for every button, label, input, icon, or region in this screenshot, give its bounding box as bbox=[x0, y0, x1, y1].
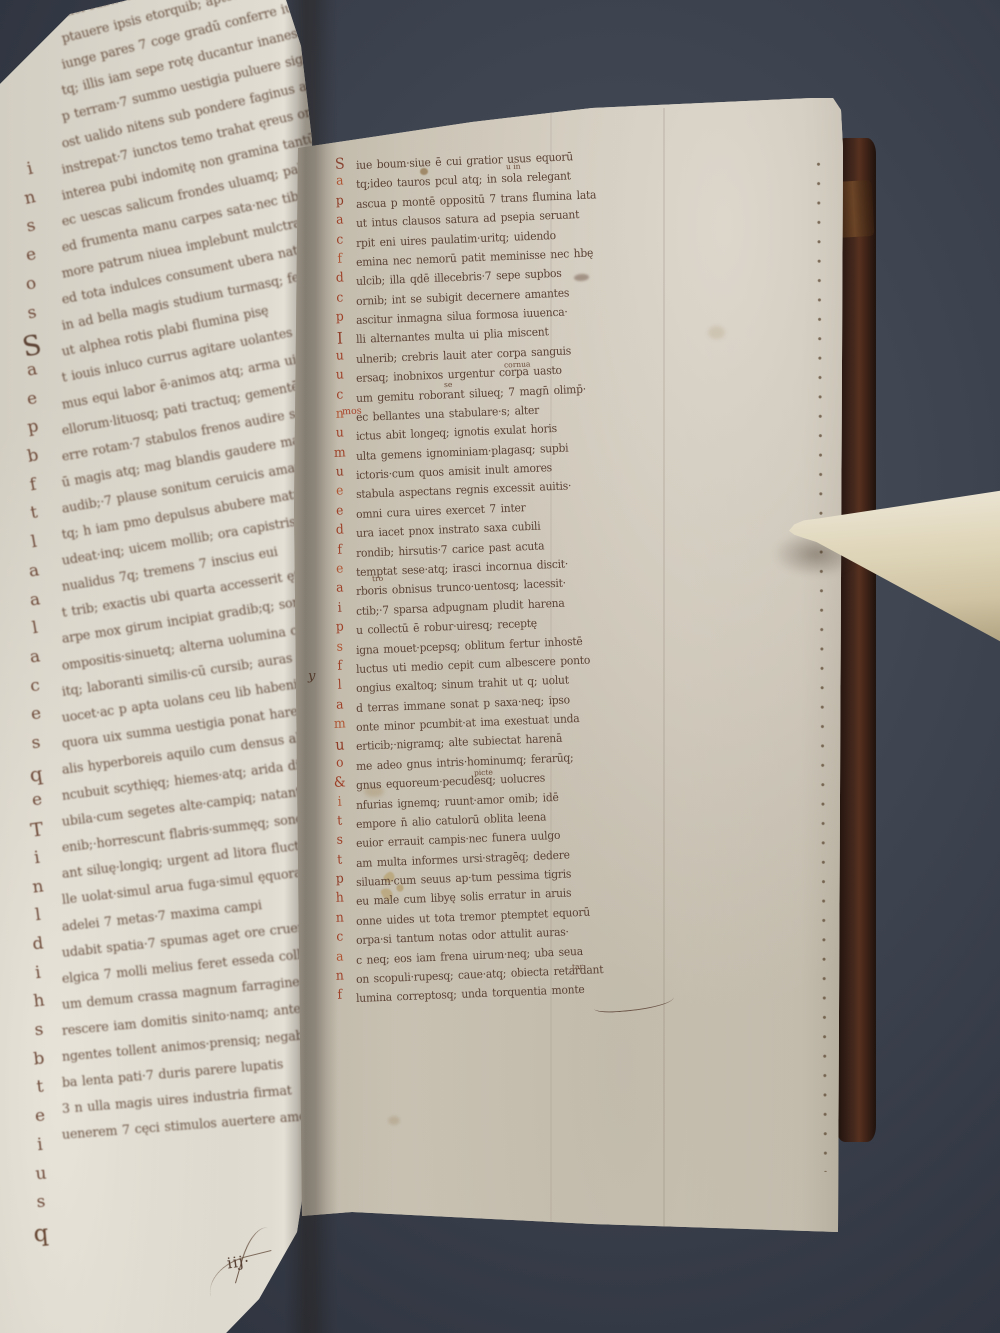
right-page-text-block: Siue boum·siue ē cui gratior usus equorū… bbox=[356, 154, 796, 1034]
verse-initial: a bbox=[16, 558, 53, 584]
verse-initial: l bbox=[15, 529, 52, 555]
verse-initial: i bbox=[19, 846, 55, 870]
verse-initial: t bbox=[15, 500, 52, 526]
verse-initial: e bbox=[22, 1104, 58, 1127]
left-page: inseosSaepbftlaalacesqeTinldihsbteiusq u… bbox=[0, 0, 330, 1333]
verse-initial: u bbox=[23, 1162, 59, 1185]
verse-initial: q bbox=[18, 759, 55, 788]
verse-initial: s bbox=[23, 1191, 59, 1214]
interlinear-gloss: se bbox=[444, 380, 453, 389]
parchment-stain bbox=[388, 1116, 400, 1125]
verse-initial: s bbox=[13, 299, 50, 326]
verse-initial: c bbox=[17, 673, 54, 698]
line-end-flourish bbox=[594, 997, 675, 1014]
verse-initial: b bbox=[14, 443, 51, 469]
verse-initial: l bbox=[20, 903, 56, 927]
interlinear-gloss: cornua bbox=[504, 359, 531, 369]
verse-text: lumina correptosq; unda torquentia monte bbox=[356, 983, 585, 1005]
right-page: Siue boum·siue ē cui gratior usus equorū… bbox=[292, 88, 845, 1238]
verse-initial: t bbox=[22, 1076, 58, 1099]
interlinear-gloss: picte bbox=[474, 768, 493, 778]
verse-initial: e bbox=[17, 702, 54, 727]
verse-initial: e bbox=[12, 242, 49, 269]
interlinear-gloss: tar bbox=[572, 962, 583, 971]
verse-initial: o bbox=[12, 270, 49, 297]
interlinear-gloss: u in bbox=[506, 162, 521, 172]
manuscript-photo: inseosSaepbftlaalacesqeTinldihsbteiusq u… bbox=[0, 0, 1000, 1333]
verse-initial: e bbox=[14, 385, 51, 411]
verse-initial: d bbox=[20, 932, 56, 956]
interlinear-gloss: tro bbox=[372, 574, 383, 583]
verse-initial: a bbox=[17, 644, 54, 669]
verse-initial: n bbox=[19, 874, 55, 898]
pricking-holes bbox=[816, 162, 827, 1172]
verse-initial: f bbox=[15, 472, 52, 498]
verse-initial: s bbox=[21, 1018, 57, 1042]
verse-initial: a bbox=[16, 587, 53, 612]
verse-initial: s bbox=[18, 731, 55, 756]
verse-initial: l bbox=[16, 616, 53, 641]
verse-initial: i bbox=[22, 1133, 58, 1156]
verse-initial: n bbox=[12, 184, 50, 211]
verse-initial: i bbox=[20, 961, 56, 985]
verse-initial: s bbox=[12, 213, 50, 240]
verse-initial: q bbox=[23, 1219, 59, 1248]
verse-initial: b bbox=[21, 1047, 57, 1071]
gutter-shadow bbox=[284, 0, 338, 1333]
marginal-gloss-red: mos bbox=[342, 406, 362, 418]
verse-initial: h bbox=[21, 989, 57, 1013]
verse-initial: p bbox=[14, 414, 51, 440]
verse-initial: T bbox=[19, 817, 56, 843]
verse-initial: i bbox=[11, 155, 49, 182]
quire-mark: iij· bbox=[226, 1251, 251, 1272]
verse-initial: e bbox=[18, 788, 54, 813]
